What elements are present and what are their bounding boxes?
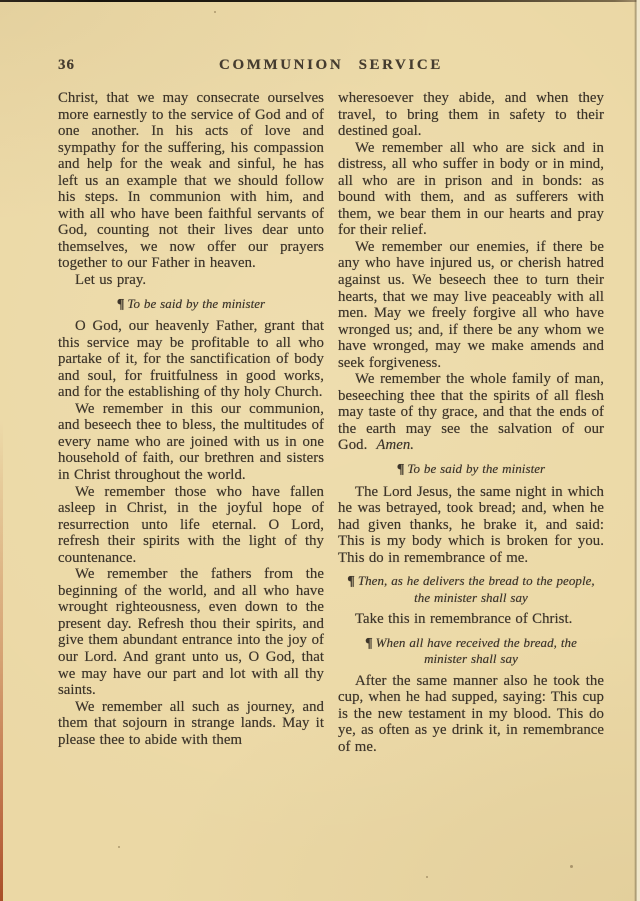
left-column: Christ, that we may consecrate ourselves… [58,90,324,756]
page-right-edge [634,0,640,901]
pilcrow-icon: ¶ [397,462,408,477]
paragraph: Christ, that we may consecrate ourselves… [58,90,324,272]
paragraph: We remember the fathers from the beginni… [58,566,324,698]
scan-top-edge [0,0,640,2]
paragraph: wheresoever they abide, and when they tr… [338,90,604,140]
page-left-edge [0,420,3,901]
amen-italic: Amen. [367,437,414,453]
rubric-note: ¶Then, as he delivers the bread to the p… [346,573,596,605]
page-title: COMMUNION SERVICE [58,57,604,74]
paragraph: We remember all who are sick and in dist… [338,140,604,239]
dust-speck [118,846,120,848]
rubric-note: ¶When all have received the bread, the m… [346,635,596,667]
paragraph: We remember our enemies, if there be any… [338,239,604,371]
text-columns: Christ, that we may consecrate ourselves… [58,90,604,756]
dust-speck [426,876,428,878]
paragraph: The Lord Jesus, the same night in which … [338,484,604,567]
paragraph: We remember in this our communion, and b… [58,401,324,484]
dust-speck [570,865,573,868]
paragraph: We remember all such as journey, and the… [58,699,324,749]
pilcrow-icon: ¶ [365,636,376,651]
paragraph: O God, our heavenly Father, grant that t… [58,318,324,401]
pilcrow-icon: ¶ [347,574,358,589]
rubric-note: ¶To be said by the minister [346,461,596,478]
paragraph: Take this in remembrance of Christ. [338,611,604,628]
paragraph: After the same manner also he took the c… [338,673,604,756]
paragraph: Let us pray. [58,272,324,289]
right-column: wheresoever they abide, and when they tr… [338,90,604,756]
pilcrow-icon: ¶ [117,297,128,312]
scanned-book-page: 36 COMMUNION SERVICE Christ, that we may… [0,0,640,901]
rubric-note: ¶To be said by the minister [66,296,316,313]
paragraph: We remember those who have fallen asleep… [58,484,324,567]
paragraph: We remember the whole family of man, bes… [338,371,604,454]
dust-speck [214,11,216,13]
